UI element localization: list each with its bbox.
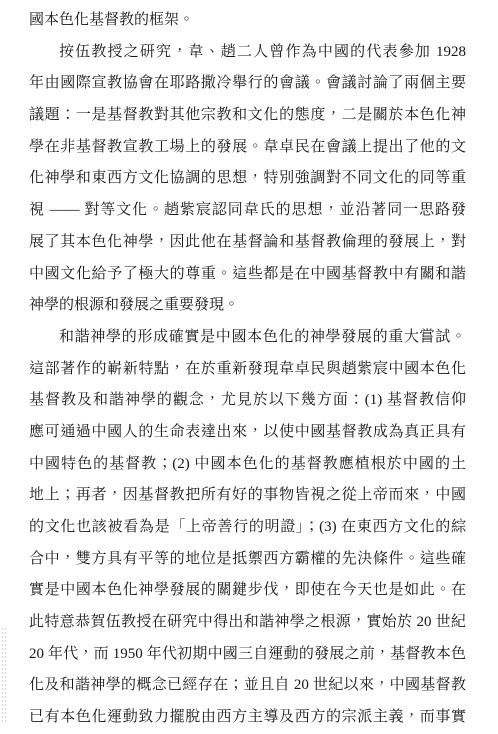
text-line: 視 —— 對等文化。趙紫宸認同韋氏的思想，並沿著同一思路發: [29, 195, 466, 227]
document-page: 國本色化基督教的框架。按伍教授之研究，韋、趙二人曾作為中國的代表參加 1928年…: [0, 0, 498, 734]
text-line: 按伍教授之研究，韋、趙二人曾作為中國的代表參加 1928: [29, 37, 466, 69]
text-line: 合中，雙方具有平等的地位是抵禦西方霸權的先決條件。這些確: [29, 544, 466, 576]
text-line: 20 年代，而 1950 年代初期中國三自運動的發展之前，基督教本色: [29, 639, 466, 671]
text-line: 年由國際宣教協會在耶路撒冷舉行的會議。會議討論了兩個主要: [29, 68, 466, 100]
text-line: 化及和諧神學的概念已經存在；並且自 20 世紀以來，中國基督教: [29, 670, 466, 702]
text-line: 基督教及和諧神學的觀念，尤見於以下幾方面：(1) 基督教信仰: [29, 385, 466, 417]
scan-noise-artifact: [1, 627, 7, 723]
text-line: 化神學和東西方文化協調的思想，特別強調對不同文化的同等重: [29, 163, 466, 195]
text-line: 中國文化給予了極大的尊重。這些都是在中國基督教中有關和諧: [29, 259, 466, 291]
text-line: 和諧神學的形成確實是中國本色化的神學發展的重大嘗試。: [29, 322, 466, 354]
text-line: 中國特色的基督教；(2) 中國本色化的基督教應植根於中國的土: [29, 449, 466, 481]
text-line: 已有本色化運動致力擺脫由西方主導及西方的宗派主義，而事實: [29, 702, 466, 734]
text-line: 應可通過中國人的生命表達出來，以使中國基督教成為真正具有: [29, 417, 466, 449]
text-line: 此特意恭賀伍教授在研究中得出和諧神學之根源，實始於 20 世紀: [29, 607, 466, 639]
text-line: 這部著作的嶄新特點，在於重新發現韋卓民與趙紫宸中國本色化: [29, 354, 466, 386]
text-block: 國本色化基督教的框架。按伍教授之研究，韋、趙二人曾作為中國的代表參加 1928年…: [29, 5, 466, 734]
text-line: 國本色化基督教的框架。: [29, 5, 466, 37]
text-line: 學在非基督教宣教工場上的發展。韋卓民在會議上提出了他的文: [29, 132, 466, 164]
text-line: 議題：一是基督教對其他宗教和文化的態度，二是關於本色化神: [29, 100, 466, 132]
text-line: 實是中國本色化神學發展的關鍵步伐，即使在今天也是如此。在: [29, 575, 466, 607]
text-line: 地上；再者，因基督教把所有好的事物皆視之從上帝而來，中國: [29, 480, 466, 512]
text-line: 的文化也該被看為是「上帝善行的明證」；(3) 在東西方文化的綜: [29, 512, 466, 544]
text-line: 神學的根源和發展之重要發現。: [29, 290, 466, 322]
text-line: 展了其本色化神學，因此他在基督論和基督教倫理的發展上，對: [29, 227, 466, 259]
